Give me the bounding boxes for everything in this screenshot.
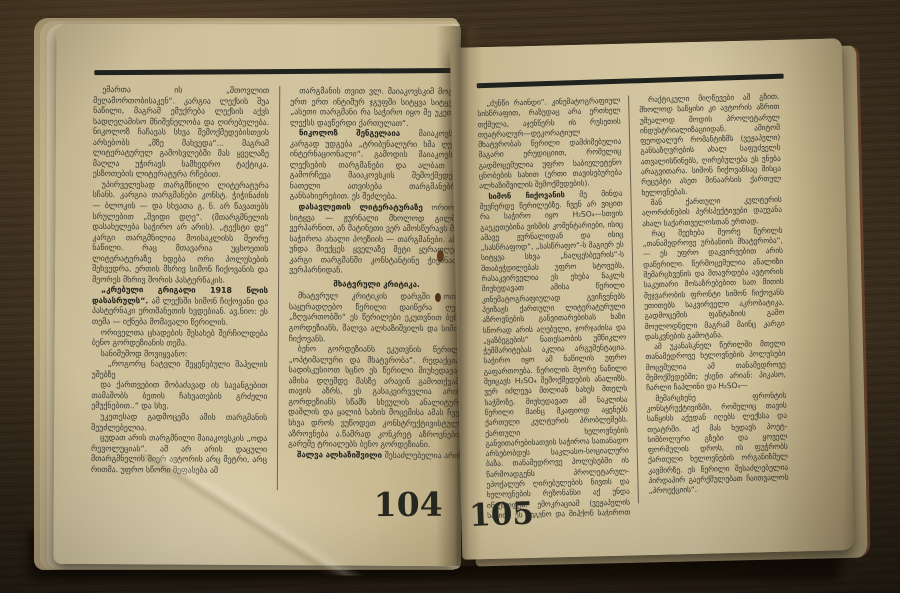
paragraph: მემარცხენე ფრონტის კონსტრუქტივიზმი, რომე… [646,390,788,496]
paragraph: „როგორც ნატვლი შეყენებული შაჰელის უშებზე [91,359,267,381]
paragraph: უკეთესად გადმოცემა ამის თარგმანის შეუძლე… [91,412,267,434]
left-page-top-rule [94,68,452,75]
left-page: ემართა ის „მთოვლით მეღამორთობისაკენ“. კა… [53,24,459,566]
right-page-column-1: „ძუნწი რაინდი“. კინემატოგრაფიულ სისწრაფი… [477,96,638,520]
page-crease [123,454,364,575]
left-page-column-1: ემართა ის „მთოვლით მეღამორთობისაკენ“. კა… [91,85,279,480]
paragraph: სიმონ ჩიქოვანის მე მინდა შევჩერდე წერილე… [479,188,631,519]
paragraph: „ძუნწი რაინდი“. კინემატოგრაფიულ სისწრაფი… [477,96,622,192]
left-page-columns: ემართა ის „მთოვლით მეღამორთობისაკენ“. კა… [91,85,465,491]
page-number-left: 104 [374,485,443,524]
photo-of-open-book: ემართა ის „მთოვლით მეღამორთობისაკენ“. კა… [0,0,900,593]
gutter-damage-spot [435,293,441,302]
right-page: „ძუნწი რაინდი“. კინემატოგრაფიულ სისწრაფი… [450,38,854,559]
right-page-top-rule [477,74,784,89]
paragraph: „კრებული გრიგალი 1918 წლის დასასრულს“. ა… [92,285,268,328]
right-page-column-2: რაქტიკული მიღწევები ამ გზით. მხოლოდ საწყ… [628,92,789,504]
paragraph: რაც შეეხება მეორე წერილს „თანამედროვე ურ… [642,226,785,343]
paragraph: მან ქართული კულტურის აღორძინების პერსპექ… [642,195,783,229]
gutter-damage-spot [437,250,444,262]
paragraph: უპირველესად თარგმნილი ლიტერატურა სჩანს. … [92,180,269,287]
paragraph: ამ უკანასკნელ წერილში მთელი თანამედროვე … [645,339,786,394]
right-page-columns: „ძუნწი რაინდი“. კინემატოგრაფიულ სისწრაფი… [477,92,790,519]
paragraph: ემართა ის „მთოვლით მეღამორთობისაკენ“. კა… [93,85,270,181]
paragraph: რაქტიკული მიღწევები ამ გზით. მხოლოდ საწყ… [639,92,781,198]
paragraph: და ქართვებით მობაძავად ის სავანგებით თამ… [91,380,267,413]
paragraph: ორიველთა ცხადების შესახებ შერჩილდება ბენ… [92,328,268,350]
spine-gutter-shadow [436,26,482,566]
